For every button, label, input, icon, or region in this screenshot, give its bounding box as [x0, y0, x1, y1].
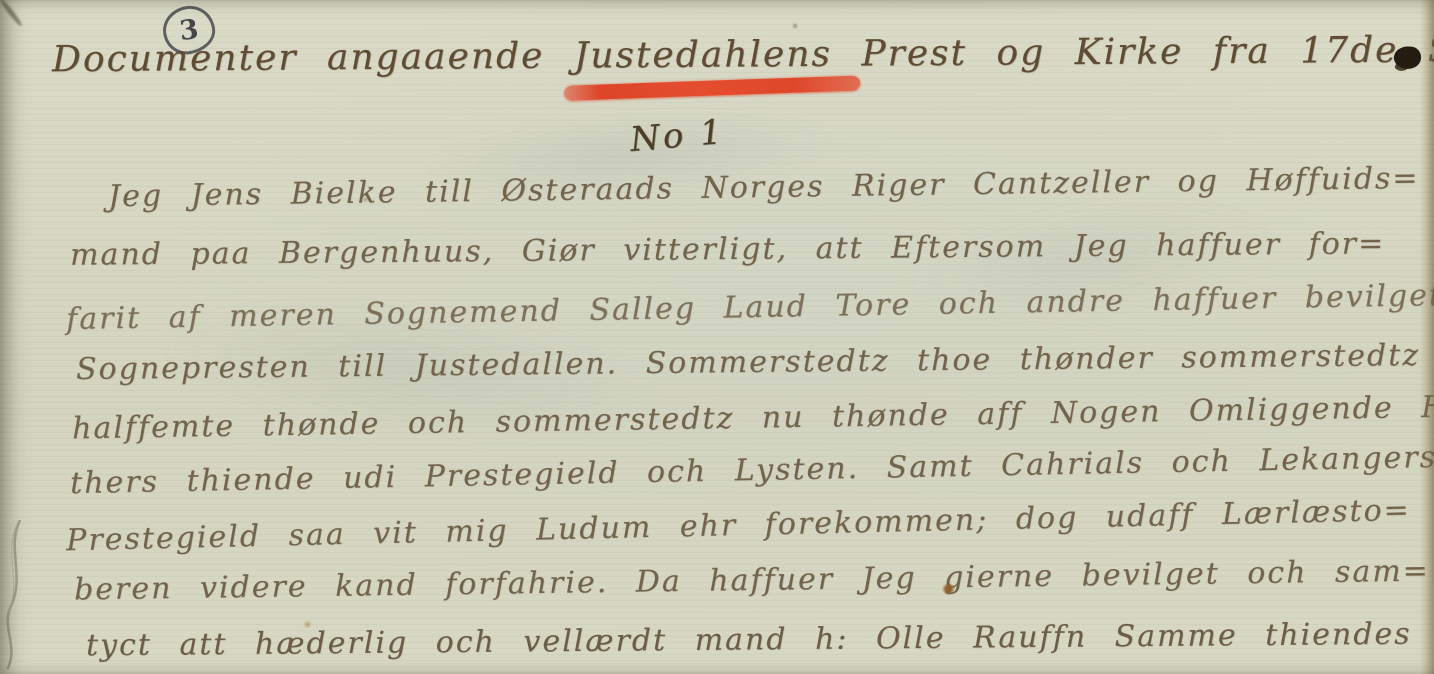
manuscript-line: Prestegield saa vit mig Ludum ehr foreko…: [66, 493, 1411, 559]
manuscript-line: Sognepresten till Justedallen. Sommerste…: [76, 338, 1420, 387]
red-chalk-underline: [564, 75, 860, 100]
manuscript-page-scan: 3 Documenter angaaende Justedahlens Pres…: [0, 0, 1434, 674]
manuscript-line: beren videre kand forfahrie. Da haffuer …: [74, 554, 1430, 608]
title-prefix: Documenter angaaende: [52, 36, 545, 80]
manuscript-line: Jeg Jens Bielke till Østeraads Norges Ri…: [108, 161, 1420, 214]
manuscript-line: thers thiende udi Prestegield och Lysten…: [70, 440, 1434, 501]
manuscript-line: mand paa Bergenhuus, Giør vitterligt, at…: [70, 226, 1385, 272]
title-suffix: Prest og Kirke fra 17de Secul: [861, 29, 1434, 75]
scan-edge-mark: [0, 0, 23, 27]
binding-thread: [0, 520, 30, 670]
title-underlined-word: Justedahlens: [574, 34, 832, 77]
manuscript-line: halffemte thønde och sommerstedtz nu thø…: [72, 389, 1434, 447]
manuscript-line: tyct att hæderlig och vellærdt mand h: O…: [86, 616, 1434, 664]
document-number: No 1: [628, 112, 726, 160]
paper-stain: [792, 22, 798, 30]
document-title: Documenter angaaende Justedahlens Prest …: [52, 29, 1434, 80]
manuscript-line: farit af meren Sognemend Salleg Laud Tor…: [66, 278, 1434, 337]
